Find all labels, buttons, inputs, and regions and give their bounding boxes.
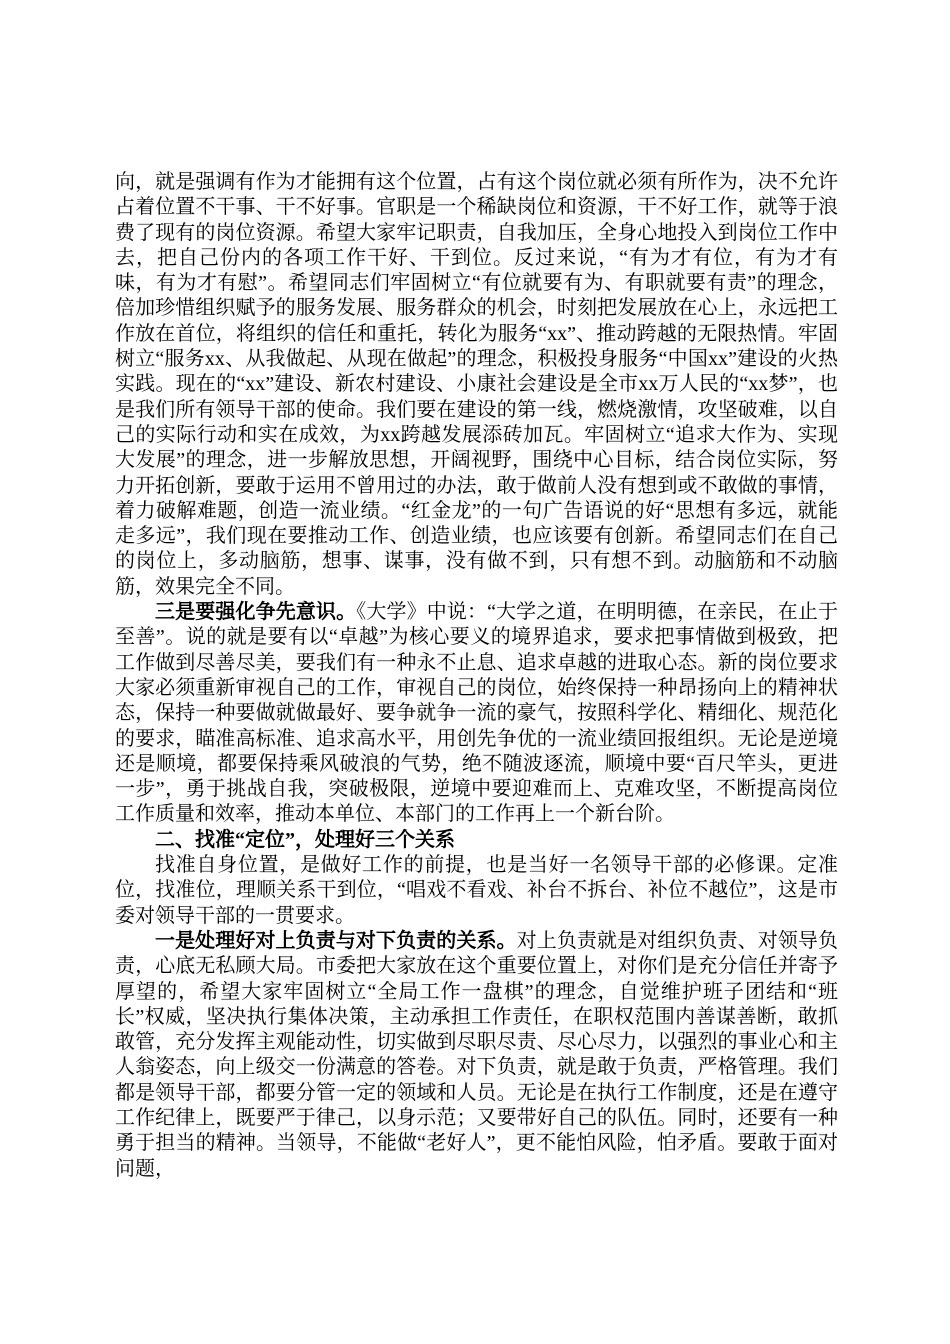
- paragraph-positioning-intro: 找准自身位置，是做好工作的前提，也是当好一名领导干部的必修课。定准位，找准位，理…: [115, 853, 838, 929]
- paragraph-relationship-one: 一是处理好对上负责与对下负责的关系。对上负责就是对组织负责、对领导负责，心底无私…: [115, 929, 838, 1182]
- paragraph-lead-bold: 一是处理好对上负责与对下负责的关系。: [155, 930, 517, 952]
- paragraph-lead-bold: 三是要强化争先意识。: [155, 601, 356, 623]
- paragraph-text: 《大学》中说：“大学之道，在明明德，在亲民，在止于至善”。说的就是要有以“卓越”…: [115, 601, 838, 825]
- paragraph-point-three: 三是要强化争先意识。《大学》中说：“大学之道，在明明德，在亲民，在止于至善”。说…: [115, 600, 838, 828]
- paragraph-continuation: 向，就是强调有作为才能拥有这个位置，占有这个岗位就必须有所作为，决不允许占着位置…: [115, 170, 838, 600]
- paragraph-text: 对上负责就是对组织负责、对领导负责，心底无私顾大局。市委把大家放在这个重要位置上…: [115, 930, 838, 1180]
- document-page: 向，就是强调有作为才能拥有这个位置，占有这个岗位就必须有所作为，决不允许占着位置…: [0, 0, 950, 1344]
- heading-text: 二、找准“定位”，处理好三个关系: [155, 829, 455, 851]
- paragraph-text: 向，就是强调有作为才能拥有这个位置，占有这个岗位就必须有所作为，决不允许占着位置…: [115, 171, 838, 598]
- paragraph-text: 找准自身位置，是做好工作的前提，也是当好一名领导干部的必修课。定准位，找准位，理…: [115, 854, 838, 927]
- section-heading-two: 二、找准“定位”，处理好三个关系: [115, 828, 838, 853]
